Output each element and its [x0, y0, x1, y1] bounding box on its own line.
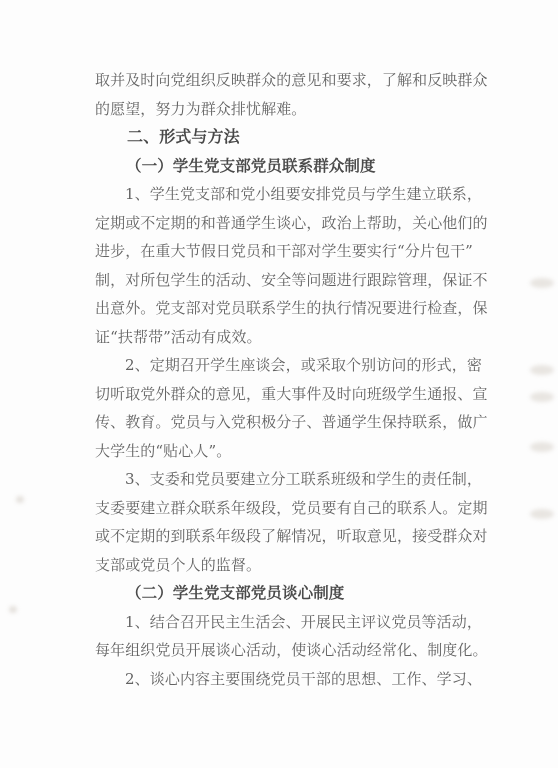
text-line: 取并及时向党组织反映群众的意见和要求，了解和反映群众	[95, 66, 467, 95]
text-line: 二、形式与方法	[95, 123, 467, 152]
text-line: 进步，在重大节假日党员和干部对学生要实行“分片包干”	[95, 237, 467, 266]
text-line: 每年组织党员开展谈心活动，使谈心活动经常化、制度化。	[95, 636, 467, 665]
text-line: 1、结合召开民主生活会、开展民主评议党员等活动，	[95, 608, 467, 637]
text-line: 出意外。党支部对党员联系学生的执行情况要进行检查，保	[95, 294, 467, 323]
edge-smudge	[530, 392, 554, 402]
edge-smudge	[530, 442, 554, 452]
text-line: 传、教育。党员与入党积极分子、普通学生保持联系，做广	[95, 408, 467, 437]
text-line: 定期或不定期的和普通学生谈心，政治上帮助，关心他们的	[95, 209, 467, 238]
text-line: 3、支委和党员要建立分工联系班级和学生的责任制，	[95, 465, 467, 494]
text-line: 切听取党外群众的意见，重大事件及时向班级学生通报、宣	[95, 380, 467, 409]
edge-smudge	[530, 509, 554, 519]
document-text-block: 取并及时向党组织反映群众的意见和要求，了解和反映群众的愿望，努力为群众排忧解难。…	[95, 66, 467, 693]
edge-speck	[16, 496, 24, 503]
text-line: 2、谈心内容主要围绕党员干部的思想、工作、学习、	[95, 665, 467, 694]
scanned-document-page: 取并及时向党组织反映群众的意见和要求，了解和反映群众的愿望，努力为群众排忧解难。…	[0, 0, 558, 768]
text-line: 的愿望，努力为群众排忧解难。	[95, 95, 467, 124]
text-line: 2、定期召开学生座谈会，或采取个别访问的形式，密	[95, 351, 467, 380]
edge-smudge	[530, 365, 554, 375]
edge-speck	[9, 606, 17, 613]
text-line: 或不定期的到联系年级段了解情况，听取意见，接受群众对	[95, 522, 467, 551]
text-line: 制，对所包学生的活动、安全等问题进行跟踪管理，保证不	[95, 266, 467, 295]
text-line: （一）学生党支部党员联系群众制度	[95, 152, 467, 181]
text-line: （二）学生党支部党员谈心制度	[95, 579, 467, 608]
text-line: 证“扶帮带”活动有成效。	[95, 323, 467, 352]
edge-smudge	[530, 278, 554, 288]
text-line: 支部或党员个人的监督。	[95, 551, 467, 580]
text-line: 支委要建立群众联系年级段，党员要有自己的联系人。定期	[95, 494, 467, 523]
text-line: 大学生的“贴心人”。	[95, 437, 467, 466]
text-line: 1、学生党支部和党小组要安排党员与学生建立联系，	[95, 180, 467, 209]
